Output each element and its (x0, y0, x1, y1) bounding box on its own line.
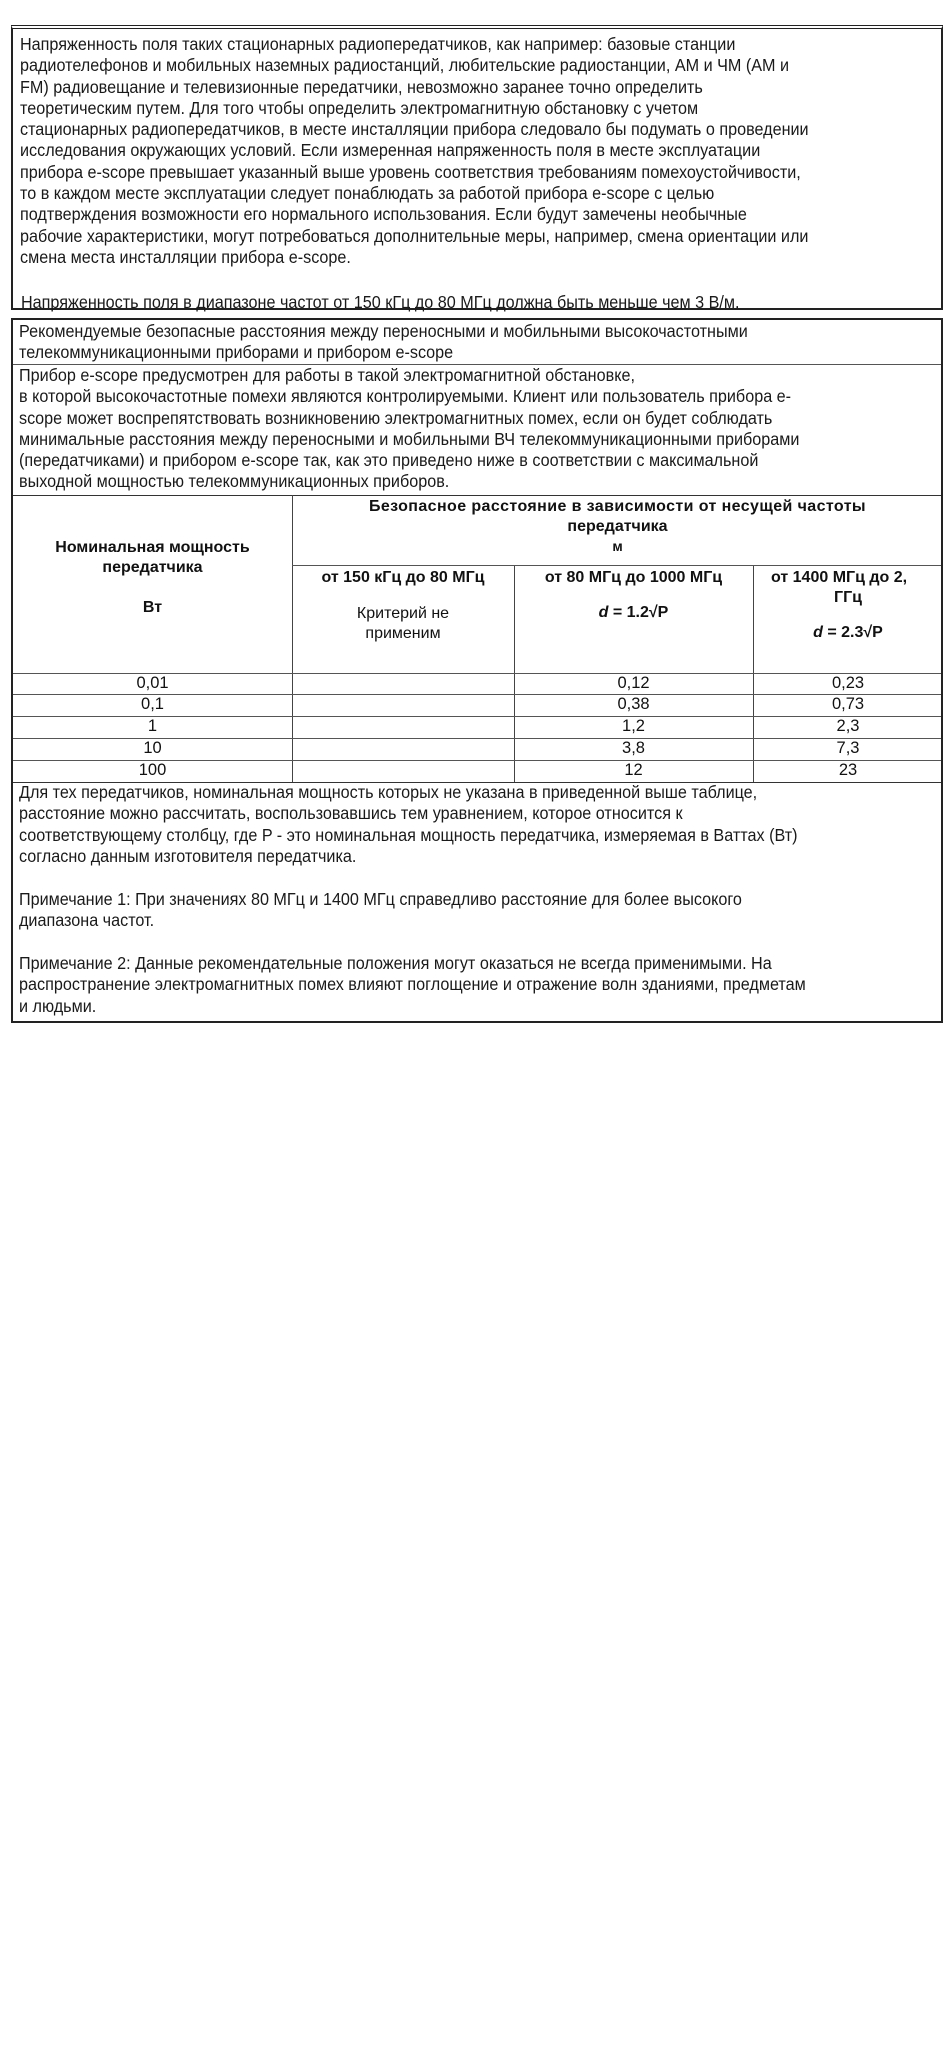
table-cell-power: 0,01 (13, 673, 292, 694)
paragraph-line-text: подтверждения возможности его нормальног… (20, 204, 747, 225)
table-cell-col3: 0,73 (753, 694, 943, 715)
intro-line: scope может воспрепятствовать возникнове… (19, 408, 858, 429)
divider (13, 495, 941, 496)
column-range: от 150 кГц до 80 МГц (292, 568, 514, 588)
footer-line-text: Для тех передатчиков, номинальная мощнос… (19, 782, 757, 803)
intro-paragraph: Прибор e-scope предусмотрен для работы в… (19, 365, 858, 493)
divider (292, 565, 941, 566)
paragraph-line-text: исследования окружающих условий. Если из… (20, 140, 760, 161)
table-cell-col3: 0,23 (753, 673, 943, 694)
footer-line: согласно данным изготовителя передатчика… (19, 846, 856, 867)
formula-variable: d (599, 604, 609, 621)
table-cell-power: 10 (13, 738, 292, 759)
calculation-note: Для тех передатчиков, номинальная мощнос… (19, 782, 856, 867)
footer-line: Для тех передатчиков, номинальная мощнос… (19, 782, 856, 803)
paragraph-line: FM) радиовещание и телевизионные передат… (20, 77, 950, 98)
distance-header-unit: м (292, 537, 943, 555)
table-cell-col2: 12 (514, 760, 753, 781)
table-cell-power: 0,1 (13, 694, 292, 715)
column-header-80mhz-1000mhz: от 80 МГц до 1000 МГц d = 1.2√P (514, 568, 753, 623)
formula-2-3: d = 2.3√P (753, 623, 943, 643)
paragraph-line: исследования окружающих условий. Если из… (20, 140, 950, 161)
formula-expression: = 2.3√P (823, 624, 883, 641)
section-title-line: Рекомендуемые безопасные расстояния межд… (19, 321, 803, 342)
table-cell-col2: 3,8 (514, 738, 753, 759)
distance-column-header: Безопасное расстояние в зависимости от н… (292, 497, 943, 555)
power-column-header: Номинальная мощность передатчика Вт (13, 538, 292, 618)
note-line-text: Примечание 2: Данные рекомендательные по… (19, 953, 772, 974)
table-cell-col2: 0,12 (514, 673, 753, 694)
intro-line-text: Прибор e-scope предусмотрен для работы в… (19, 365, 635, 386)
emc-stationary-transmitters-box: Напряженность поля таких стационарных ра… (11, 25, 943, 310)
note-line-text: диапазона частот. (19, 910, 154, 931)
paragraph-line: рабочие характеристики, могут потребоват… (20, 226, 950, 247)
formula-expression: = 1.2√P (608, 604, 668, 621)
distance-header-line2: передатчика (292, 517, 943, 537)
formula-variable: d (813, 624, 823, 641)
table-cell-col2: 0,38 (514, 694, 753, 715)
paragraph-line: то в каждом месте эксплуатации следует п… (20, 183, 950, 204)
intro-line-text: scope может воспрепятствовать возникнове… (19, 408, 772, 429)
paragraph-line-text: FM) радиовещание и телевизионные передат… (20, 77, 703, 98)
power-header-line2: передатчика (13, 558, 292, 578)
column-header-1400mhz-2ghz-cont: ГГц d = 2.3√P (753, 588, 943, 643)
criterion-line2: применим (292, 624, 514, 644)
intro-line-text: минимальные расстояния между переносными… (19, 429, 799, 450)
field-strength-note: Напряженность поля в диапазоне частот от… (21, 292, 794, 313)
table-cell-col3: 7,3 (753, 738, 943, 759)
paragraph-line-text: теоретическим путем. Для того чтобы опре… (20, 98, 698, 119)
note-line-text: распространение электромагнитных помех в… (19, 974, 806, 995)
field-strength-note-text: Напряженность поля в диапазоне частот от… (21, 292, 740, 313)
intro-line: минимальные расстояния между переносными… (19, 429, 858, 450)
paragraph-line-text: радиотелефонов и мобильных наземных ради… (20, 55, 789, 76)
intro-line: выходной мощностью телекоммуникационных … (19, 471, 858, 492)
section-title-line: телекоммуникационными приборами и прибор… (19, 342, 803, 363)
table-cell-col2: 1,2 (514, 716, 753, 737)
paragraph-line-text: рабочие характеристики, могут потребоват… (20, 226, 808, 247)
note-line: и людьми. (19, 996, 865, 1017)
note-line: Примечание 2: Данные рекомендательные по… (19, 953, 865, 974)
note-1: Примечание 1: При значениях 80 МГц и 140… (19, 889, 796, 932)
power-header-line1: Номинальная мощность (13, 538, 292, 558)
paragraph-line-text: Напряженность поля таких стационарных ра… (20, 34, 735, 55)
criterion-line1: Критерий не (292, 604, 514, 624)
footer-line-text: согласно данным изготовителя передатчика… (19, 846, 356, 867)
paragraph-line-text: то в каждом месте эксплуатации следует п… (20, 183, 714, 204)
intro-line: в которой высокочастотные помехи являютс… (19, 386, 858, 407)
paragraph-line-text: прибора e-scope превышает указанный выше… (20, 162, 801, 183)
footer-line-text: соответствующему столбцу, где P - это но… (19, 825, 797, 846)
section-title: Рекомендуемые безопасные расстояния межд… (19, 321, 803, 364)
paragraph-line-text: смена места инсталляции прибора e-scope. (20, 247, 351, 268)
criterion-not-applicable: Критерий не применим (292, 604, 514, 644)
table-cell-power: 100 (13, 760, 292, 781)
paragraph-line-text: стационарных радиопередатчиков, в месте … (20, 119, 809, 140)
section-title-text: Рекомендуемые безопасные расстояния межд… (19, 321, 748, 342)
note-line: Примечание 1: При значениях 80 МГц и 140… (19, 889, 796, 910)
section-title-text: телекоммуникационными приборами и прибор… (19, 342, 453, 363)
note-line-text: Примечание 1: При значениях 80 МГц и 140… (19, 889, 742, 910)
intro-line-text: (передатчиками) и прибором e-scope так, … (19, 450, 758, 471)
note-line: диапазона частот. (19, 910, 796, 931)
intro-line-text: в которой высокочастотные помехи являютс… (19, 386, 791, 407)
paragraph-line: теоретическим путем. Для того чтобы опре… (20, 98, 950, 119)
stationary-transmitters-paragraph: Напряженность поля таких стационарных ра… (20, 34, 950, 268)
paragraph-line: Напряженность поля таких стационарных ра… (20, 34, 950, 55)
paragraph-line: прибора e-scope превышает указанный выше… (20, 162, 950, 183)
table-cell-power: 1 (13, 716, 292, 737)
column-header-150khz-80mhz: от 150 кГц до 80 МГц (292, 568, 514, 588)
table-cell-col3: 23 (753, 760, 943, 781)
column-range-line1: от 1400 МГц до 2, (771, 568, 950, 588)
paragraph-line: стационарных радиопередатчиков, в месте … (20, 119, 950, 140)
footer-line: расстояние можно рассчитать, воспользова… (19, 803, 856, 824)
column-header-1400mhz-2ghz: от 1400 МГц до 2, (753, 568, 950, 588)
intro-line: (передатчиками) и прибором e-scope так, … (19, 450, 858, 471)
table-cell-col3: 2,3 (753, 716, 943, 737)
intro-line-text: выходной мощностью телекоммуникационных … (19, 471, 449, 492)
note-line-text: и людьми. (19, 996, 96, 1017)
paragraph-line: подтверждения возможности его нормальног… (20, 204, 950, 225)
safe-distances-box: Рекомендуемые безопасные расстояния межд… (11, 318, 943, 1023)
intro-line: Прибор e-scope предусмотрен для работы в… (19, 365, 858, 386)
column-range: от 80 МГц до 1000 МГц (514, 568, 753, 588)
footer-line: соответствующему столбцу, где P - это но… (19, 825, 856, 846)
note-2: Примечание 2: Данные рекомендательные по… (19, 953, 865, 1017)
formula-1-2: d = 1.2√P (514, 603, 753, 623)
footer-line-text: расстояние можно рассчитать, воспользова… (19, 803, 683, 824)
paragraph-line: смена места инсталляции прибора e-scope. (20, 247, 950, 268)
column-range-line2: ГГц (753, 588, 943, 608)
distance-header-line1: Безопасное расстояние в зависимости от н… (292, 497, 943, 517)
paragraph-line: радиотелефонов и мобильных наземных ради… (20, 55, 950, 76)
power-header-unit: Вт (13, 598, 292, 618)
note-line: распространение электромагнитных помех в… (19, 974, 865, 995)
